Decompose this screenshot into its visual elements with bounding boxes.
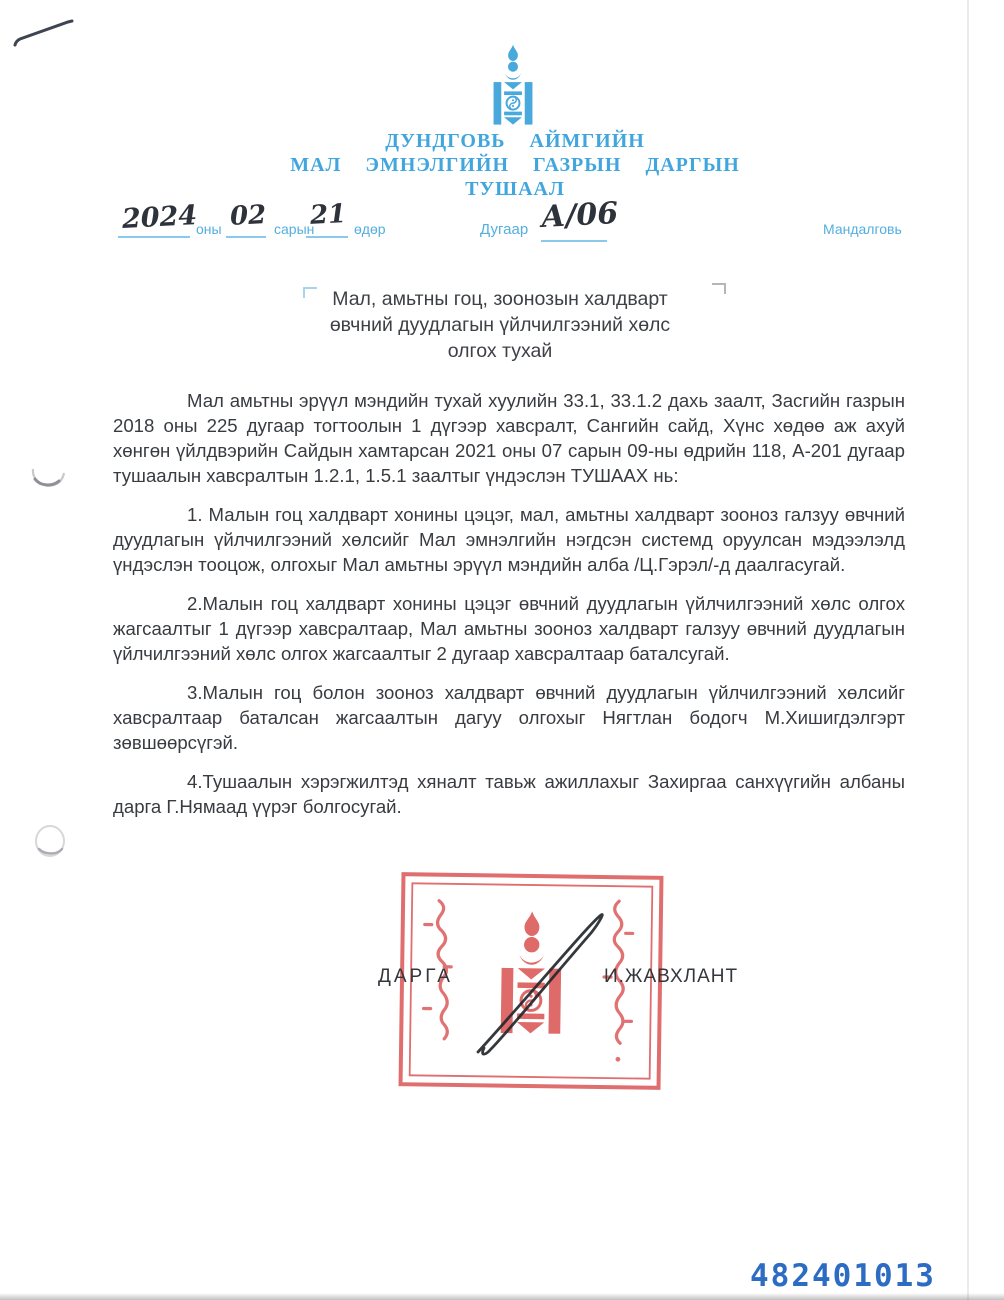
blank-underline <box>541 240 607 242</box>
clause-2: 2.Малын гоц халдварт хонины цэцэг өвчний… <box>113 591 905 666</box>
clause-4: 4.Тушаалын хэрэгжилтэд хяналт тавьж ажил… <box>113 769 905 819</box>
handwritten-year: 2024 <box>121 200 198 235</box>
handwritten-order-number: А/06 <box>540 196 619 235</box>
letterhead-line: ДУНДГОВЬ АЙМГИЙН <box>262 129 768 153</box>
scan-edge-line <box>967 0 969 1300</box>
signer-name: И.ЖАВХЛАНТ <box>604 966 738 988</box>
letterhead: ДУНДГОВЬ АЙМГИЙН МАЛ ЭМНЭЛГИЙН ГАЗРЫН ДА… <box>262 129 768 201</box>
punch-hole-shadow <box>28 462 70 496</box>
blank-underline <box>118 236 190 238</box>
registration-number-stamp: 482401013 <box>750 1258 936 1294</box>
scanned-order-document: ДУНДГОВЬ АЙМГИЙН МАЛ ЭМНЭЛГИЙН ГАЗРЫН ДА… <box>0 0 1004 1300</box>
soyombo-emblem <box>486 44 540 125</box>
number-label: Дугаар <box>480 221 528 238</box>
letterhead-line: МАЛ ЭМНЭЛГИЙН ГАЗРЫН ДАРГЫН <box>262 153 768 177</box>
order-title: Мал, амьтны гоц, зоонозын халдварт өвчни… <box>240 286 760 364</box>
clause-1: 1. Малын гоц халдварт хонины цэцэг, мал,… <box>113 502 905 577</box>
signer-position: ДАРГА <box>378 966 453 988</box>
order-title-line: Мал, амьтны гоц, зоонозын халдварт <box>240 286 760 312</box>
letterhead-line: ТУШААЛ <box>262 177 768 201</box>
scan-bottom-shadow <box>0 1293 1004 1300</box>
pen-mark <box>8 12 88 57</box>
blank-underline <box>306 236 348 238</box>
document-body: Мал амьтны эрүүл мэндийн тухай хуулийн 3… <box>113 388 905 833</box>
place-name: Мандалговь <box>823 221 902 237</box>
blank-underline <box>226 236 266 238</box>
handwritten-day: 21 <box>309 199 347 231</box>
clause-3: 3.Малын гоц болон зооноз халдварт өвчний… <box>113 680 905 755</box>
preamble-paragraph: Мал амьтны эрүүл мэндийн тухай хуулийн 3… <box>113 388 905 488</box>
month-label: сарын <box>274 221 314 237</box>
punch-hole-shadow <box>32 822 74 864</box>
order-title-line: өвчний дуудлагын үйлчилгээний хөлс <box>240 312 760 338</box>
order-title-line: олгох тухай <box>240 338 760 364</box>
year-label: оны <box>196 221 222 237</box>
handwritten-month: 02 <box>229 200 267 232</box>
day-label: өдөр <box>354 221 386 237</box>
